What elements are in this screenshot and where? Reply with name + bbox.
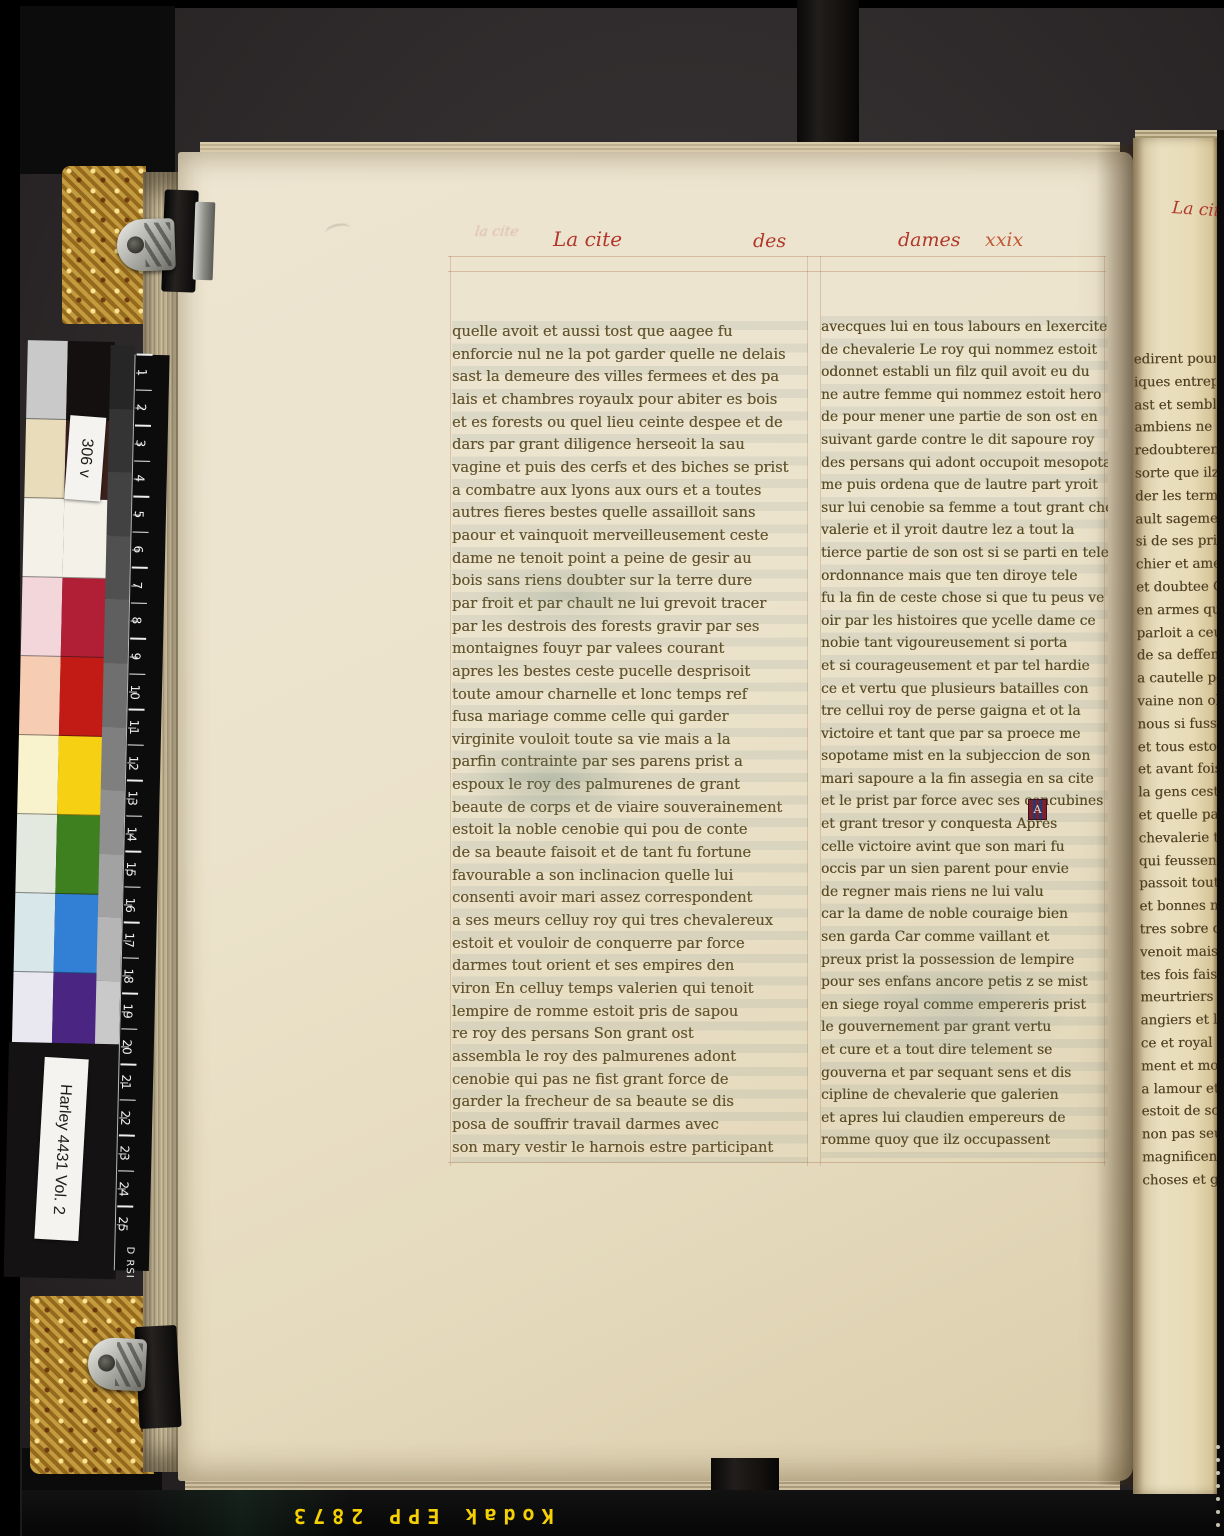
- edge-dot: [1216, 1510, 1220, 1514]
- manuscript-line: passoit toutes au: [1139, 873, 1221, 897]
- manuscript-line: victoire et tant que par sa proece me: [821, 723, 1108, 746]
- manuscript-line: choses et grans: [1142, 1169, 1224, 1193]
- manuscript-line: nous si fussent: [1137, 713, 1219, 737]
- ruler-number: 25: [115, 1206, 130, 1242]
- manuscript-line: montaignes fouyr par valees courant: [452, 638, 808, 661]
- right-frame-edge: [1217, 130, 1224, 1520]
- manuscript-line: non pas seulement: [1142, 1124, 1224, 1148]
- manuscript-line: tierce partie de son ost si se parti en …: [821, 542, 1108, 565]
- ruler-number: 11: [127, 709, 142, 745]
- edge-dot: [1216, 1458, 1220, 1462]
- ruler-number: 2: [134, 390, 149, 426]
- manuscript-line: apres les bestes ceste pucelle desprisoi…: [452, 661, 808, 684]
- manuscript-line: romme quoy que ilz occupassent: [821, 1129, 1108, 1152]
- color-patch: [104, 599, 129, 663]
- edge-dot: [1216, 1471, 1220, 1475]
- manuscript-line: espoux le roy des palmurenes de grant: [452, 774, 808, 797]
- edge-dot: [1216, 1445, 1220, 1449]
- edge-glint-dots: [1216, 1445, 1220, 1536]
- color-patch: [109, 345, 134, 409]
- manuscript-line: et quelle passoit: [1138, 805, 1220, 829]
- manuscript-line: der les termes de leur: [1135, 485, 1217, 509]
- manuscript-line: ment et moult: [1141, 1055, 1223, 1079]
- manuscript-line: et bonnes me: [1139, 896, 1221, 920]
- manuscript-line: sen garda Car comme vaillant et: [821, 926, 1108, 949]
- ruler-number: 19: [120, 993, 135, 1029]
- manuscript-line: estoit de souve: [1141, 1101, 1223, 1125]
- edge-dot: [1216, 1497, 1220, 1501]
- ruler-number: 17: [122, 922, 137, 958]
- manuscript-line: venoit mais non: [1140, 941, 1222, 965]
- manuscript-line: chier et amee de: [1136, 554, 1218, 578]
- ruler-number: 22: [118, 1100, 133, 1136]
- manuscript-line: lais et chambres royaulx pour abiter es …: [452, 389, 808, 412]
- color-patch: [54, 894, 103, 974]
- manuscript-line: ault sagement se sa: [1135, 508, 1217, 532]
- manuscript-line: iques entrepren: [1134, 371, 1216, 395]
- film-strip: Kodak EPP 2873: [22, 1490, 1224, 1536]
- color-patch: [106, 472, 131, 536]
- manuscript-line: son mary vestir le harnois estre partici…: [452, 1137, 808, 1160]
- color-patch: [108, 409, 133, 473]
- color-calibration-card: 1234567891011121314151617181920212223242…: [4, 335, 175, 1283]
- color-patch: [12, 972, 54, 1052]
- manuscript-line: dars par grant diligence herseoit la sau: [452, 434, 808, 457]
- ruler-number: 23: [117, 1135, 132, 1171]
- manuscript-line: de chevalerie Le roy qui nommez estoit: [821, 339, 1108, 362]
- color-patch: [55, 815, 104, 895]
- manuscript-line: et avant fois pou: [1138, 759, 1220, 783]
- manuscript-line: posa de souffrir travail darmes avec: [452, 1114, 808, 1137]
- manuscript-line: oir par les histoires que ycelle dame ce: [821, 610, 1108, 633]
- ruler-number: 20: [119, 1029, 134, 1065]
- manuscript-line: consenti avoir mari assez correspondent: [452, 887, 808, 910]
- manuscript-line: des persans qui adont occupoit mesopota: [821, 452, 1108, 475]
- color-patch: [61, 578, 110, 658]
- manuscript-line: pour ses enfans ancore petis z se mist: [821, 971, 1108, 994]
- color-patch: [14, 893, 56, 973]
- color-patch: [99, 790, 124, 854]
- recto-text-column: edirent pour leiques entreprenast et sem…: [1134, 349, 1224, 1193]
- ruler-number: 7: [130, 567, 145, 603]
- ruler-number: 4: [132, 461, 147, 497]
- manuscript-line: si de ses princes t: [1135, 531, 1217, 555]
- ruler-number: 3: [133, 425, 148, 461]
- ruler-number: 9: [128, 638, 143, 674]
- running-header-word3: dames: [898, 229, 961, 251]
- corner-shadow: [20, 6, 175, 174]
- manuscript-line: sopotame mist en la subjeccion de son: [821, 745, 1108, 768]
- color-patch: [19, 656, 61, 736]
- edge-dot: [1216, 1523, 1220, 1527]
- manuscript-line: meurtriers avec: [1140, 987, 1222, 1011]
- color-patch: [26, 340, 68, 420]
- manuscript-line: a cautelle point ne: [1137, 668, 1219, 692]
- manuscript-line: mari sapoure a la fin assegia en sa cite: [821, 768, 1108, 791]
- ruler-number: 12: [126, 745, 141, 781]
- manuscript-line: enforcie nul ne la pot garder quelle ne …: [452, 344, 808, 367]
- manuscript-line: parloit a ceulx: [1136, 622, 1218, 646]
- manuscript-line: tres sobre de son: [1140, 918, 1222, 942]
- recto-page-sliver: La cite edirent pour leiques entreprenas…: [1133, 138, 1219, 1494]
- manuscript-line: me puis ordena que de lautre part yroit: [821, 474, 1108, 497]
- text-column-1: quelle avoit et aussi tost que aagee fue…: [452, 321, 808, 1163]
- manuscript-line: en siege royal comme empereris prist: [821, 994, 1108, 1017]
- running-header-word1: La cite: [553, 227, 622, 251]
- manuscript-line: ce et royal sa: [1141, 1032, 1223, 1056]
- color-patch: [57, 736, 106, 816]
- ruler-number: 5: [132, 496, 147, 532]
- manuscript-line: bois sans riens doubter sur la terre dur…: [452, 570, 808, 593]
- manuscript-line: occis par un sien parent pour envie: [821, 858, 1108, 881]
- ruler-number: 13: [125, 780, 140, 816]
- manuscript-line: car la dame de noble couraige bien: [821, 903, 1108, 926]
- manuscript-line: estoit et vouloir de conquerre par force: [452, 933, 808, 956]
- manuscript-line: de pour mener une partie de son ost en: [821, 406, 1108, 429]
- ruling-line: [448, 256, 1106, 257]
- ruler-number: 10: [128, 674, 143, 710]
- manuscript-line: et si courageusement et par tel hardie: [821, 655, 1108, 678]
- manuscript-line: tre cellui roy de perse gaigna et ot la: [821, 700, 1108, 723]
- color-patch: [23, 498, 65, 578]
- color-patch: [59, 657, 108, 737]
- manuscript-line: ordonnance mais que ten diroye tele: [821, 565, 1108, 588]
- manuscript-line: et grant tresor y conquesta Apres: [821, 813, 1108, 836]
- manuscript-line: beaute de corps et de viaire souverainem…: [452, 797, 808, 820]
- ruling-line: [448, 271, 1106, 272]
- ghost-offset-inscription: la cite: [474, 224, 520, 240]
- manuscript-line: en armes qui sou: [1136, 599, 1218, 623]
- manuscript-line: a combatre aux lyons aux ours et a toute…: [452, 480, 808, 503]
- manuscript-line: vagine et puis des cerfs et des biches s…: [452, 457, 808, 480]
- manuscript-line: vaine non obstant: [1137, 691, 1219, 715]
- manuscript-line: re roy des persans Son grant ost: [452, 1023, 808, 1046]
- manuscript-line: dame ne tenoit point a peine de gesir au: [452, 548, 808, 571]
- running-header-word2: des: [753, 230, 786, 252]
- manuscript-line: sast la demeure des villes fermees et de…: [452, 366, 808, 389]
- manuscript-line: et doubtee Car qu: [1136, 577, 1218, 601]
- ruler-number: 14: [124, 816, 139, 852]
- manuscript-line: quelle avoit et aussi tost que aagee fu: [452, 321, 808, 344]
- color-patch: [52, 973, 101, 1053]
- ruler-number: 8: [129, 603, 144, 639]
- color-patch: [66, 341, 115, 421]
- manuscript-line: estoit la noble cenobie qui pou de conte: [452, 819, 808, 842]
- book-strap-top: [797, 0, 859, 158]
- color-patch: [96, 917, 121, 981]
- color-patch: [24, 419, 66, 499]
- manuscript-line: ambiens ne ceulx: [1134, 417, 1216, 441]
- manuscript-line: qui feussent en: [1139, 850, 1221, 874]
- color-patch: [95, 981, 120, 1045]
- ruler-number: 16: [123, 887, 138, 923]
- color-patch: [98, 854, 123, 918]
- manuscript-line: et cure et a tout dire telement se: [821, 1039, 1108, 1062]
- manuscript-line: chevalerie tous les: [1139, 827, 1221, 851]
- manuscript-line: avecques lui en tous labours en lexercit…: [821, 316, 1108, 339]
- paraph-mark: A: [1028, 799, 1047, 820]
- manuscript-line: garder la frecheur de sa beaute se dis: [452, 1091, 808, 1114]
- manuscript-line: redoubterent sa pui: [1135, 440, 1217, 464]
- manuscript-line: a ses meurs celluy roy qui tres chevaler…: [452, 910, 808, 933]
- manuscript-line: assembla le roy des palmurenes adont: [452, 1046, 808, 1069]
- manuscript-line: favourable a son inclinacion quelle lui: [452, 865, 808, 888]
- manuscript-line: et le prist par force avec ses concubine…: [821, 790, 1108, 813]
- text-column-2: avecques lui en tous labours en lexercit…: [821, 316, 1108, 1158]
- manuscript-line: et es forests ou quel lieu ceinte despee…: [452, 412, 808, 435]
- film-edge-text: Kodak EPP 2873: [287, 1504, 554, 1528]
- ruler-number: 18: [121, 958, 136, 994]
- manuscript-line: toute amour charnelle et lonc temps ref: [452, 684, 808, 707]
- manuscript-line: celle victoire avint que son mari fu: [821, 836, 1108, 859]
- color-patch: [21, 577, 63, 657]
- manuscript-line: cipline de chevalerie que galerien: [821, 1084, 1108, 1107]
- manuscript-line: suivant garde contre le dit sapoure roy: [821, 429, 1108, 452]
- manuscript-line: et tous estoit: [1138, 736, 1220, 760]
- photo-canvas: La cite des dames xxix la cite quelle av…: [0, 0, 1224, 1536]
- manuscript-line: paour et vainquoit merveilleusement cest…: [452, 525, 808, 548]
- manuscript-line: a lamour et ber: [1141, 1078, 1223, 1102]
- manuscript-line: autres fieres bestes quelle assailloit s…: [452, 502, 808, 525]
- manuscript-line: ast et semblablem: [1134, 394, 1216, 418]
- manuscript-line: viron En celluy temps valerien qui tenoi…: [452, 978, 808, 1001]
- manuscript-line: nobie tant vigoureusement si porta: [821, 632, 1108, 655]
- manuscript-line: et apres lui claudien empereurs de: [821, 1107, 1108, 1130]
- ruler-number: 21: [119, 1064, 134, 1100]
- ruler-footer: D RSI: [115, 1242, 136, 1279]
- manuscript-line: cenobie qui pas ne fist grant force de: [452, 1069, 808, 1092]
- manuscript-line: de sa deffense et: [1137, 645, 1219, 669]
- manuscript-line: fu la fin de ceste chose si que tu peus …: [821, 587, 1108, 610]
- manuscript-line: de regner mais riens ne lui valu: [821, 881, 1108, 904]
- manuscript-line: angiers et la est: [1141, 1010, 1223, 1034]
- manuscript-line: valerie et il yroit dautre lez a tout la: [821, 519, 1108, 542]
- ruler-number: 1: [135, 355, 150, 391]
- manuscript-line: odonnet establi un filz quil avoit eu du: [821, 361, 1108, 384]
- ruler-number: 6: [131, 532, 146, 568]
- manuscript-line: magnificence et roy: [1142, 1146, 1224, 1170]
- color-patch: [101, 726, 126, 790]
- manuscript-line: ne autre femme qui nommez estoit hero: [821, 384, 1108, 407]
- manuscript-line: gouverna et par sequant sens et dis: [821, 1062, 1108, 1085]
- manuscript-line: parfin contrainte par ses parens prist a: [452, 751, 808, 774]
- binder-clip-top-plate: [193, 202, 216, 281]
- manuscript-line: preux prist la possession de lempire: [821, 949, 1108, 972]
- ruling-line: [450, 256, 451, 1166]
- manuscript-line: sur lui cenobie sa femme a tout grant ch…: [821, 497, 1108, 520]
- binder-clip-bottom-handle: [87, 1337, 148, 1392]
- manuscript-line: de sa beaute faisoit et de tant fu fortu…: [452, 842, 808, 865]
- manuscript-line: lempire de romme estoit pris de sapou: [452, 1001, 808, 1024]
- manuscript-line: sorte que ilz furen: [1135, 463, 1217, 487]
- manuscript-line: tes fois faisoit: [1140, 964, 1222, 988]
- manuscript-line: le gouvernement par grant vertu: [821, 1016, 1108, 1039]
- binder-clip-top-handle: [116, 218, 176, 272]
- color-patch: [62, 499, 111, 579]
- ruler-number: 24: [116, 1171, 131, 1207]
- color-patch: [15, 814, 57, 894]
- color-patch: [17, 735, 59, 815]
- edge-dot: [1216, 1484, 1220, 1488]
- color-patch: [105, 536, 130, 600]
- folio-label: 306 v: [64, 415, 106, 501]
- manuscript-line: par les destrois des forests gravir par …: [452, 616, 808, 639]
- manuscript-line: ce et vertu que plusieurs batailles con: [821, 678, 1108, 701]
- manuscript-line: virginite vouloit toute sa vie mais a la: [452, 729, 808, 752]
- chapter-numeral: xxix: [985, 229, 1023, 251]
- manuscript-line: edirent pour le: [1134, 349, 1216, 373]
- manuscript-line: la gens ceste noble: [1138, 782, 1220, 806]
- color-patch: [102, 663, 127, 727]
- manuscript-line: par froit et par chault ne lui grevoit t…: [452, 593, 808, 616]
- manuscript-line: fusa mariage comme celle qui garder: [452, 706, 808, 729]
- manuscript-line: darmes tout orient et ses empires den: [452, 955, 808, 978]
- ruler-number: 15: [124, 851, 139, 887]
